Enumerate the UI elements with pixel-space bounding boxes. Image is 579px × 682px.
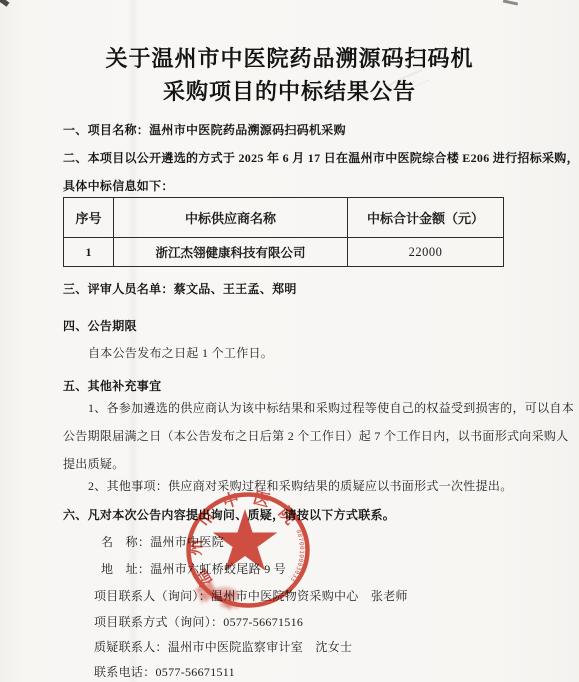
table-header-supplier: 中标供应商名称 (113, 198, 347, 237)
contact-challenge-person: 质疑联系人：温州市中医院监察审计室 沈女士 (94, 638, 352, 655)
section-5-para1-line3: 提出质疑。 (63, 455, 125, 472)
table-row: 1 浙江杰翎健康科技有限公司 22000 (64, 238, 503, 266)
section-4-heading: 四、公告期限 (63, 317, 137, 334)
seal-registration-digits: 8870010003033 (289, 529, 305, 583)
section-5-para2: 2、其他事项：供应商对采购过程和采购结果的质疑应以书面形式一次性提出。 (88, 477, 513, 494)
page-title-line1: 关于温州市中医院药品溯源码扫码机 (0, 42, 579, 75)
contact-address-line: 地 址：温州市六虹桥蛟尾路 9 号 (101, 560, 286, 577)
section-2-procedure-line1: 二、本项目以公开遴选的方式于 2025 年 6 月 17 日在温州市中医院综合楼… (63, 149, 579, 166)
section-1-project-name: 一、项目名称：温州市中医院药品溯源码扫码机采购 (63, 121, 346, 138)
section-4-text: 自本公告发布之日起 1 个工作日。 (88, 344, 273, 361)
table-cell-amount: 22000 (347, 238, 503, 266)
table-header-seq: 序号 (64, 198, 113, 237)
table-header-amount: 中标合计金额（元） (347, 198, 503, 237)
section-5-heading: 五、其他补充事宜 (63, 377, 161, 394)
scanned-announcement-page: 关于温州市中医院药品溯源码扫码机 采购项目的中标结果公告 一、项目名称：温州市中… (0, 0, 579, 682)
contact-project-phone: 项目联系方式（询问）：0577-56671516 (94, 613, 303, 630)
page-title-line2: 采购项目的中标结果公告 (0, 75, 579, 108)
section-5-para1-line2: 公告期限届满之日（本公告发布之日后第 2 个工作日）起 7 个工作日内，以书面形… (63, 427, 569, 444)
section-3-review-panel: 三、评审人员名单：蔡文品、王王孟、郑明 (63, 280, 297, 297)
contact-name-line: 名 称：温州市中医院 (101, 533, 224, 550)
contact-phone: 联系电话：0577-56671511 (94, 663, 235, 680)
contact-project-person: 项目联系人（询问）：温州市中医院物资采购中心 张老师 (94, 587, 408, 604)
table-header-row: 序号 中标供应商名称 中标合计金额（元） (64, 198, 503, 238)
section-2-procedure-line2: 具体中标信息如下： (63, 177, 174, 194)
winning-bid-table: 序号 中标供应商名称 中标合计金额（元） 1 浙江杰翎健康科技有限公司 2200… (63, 197, 504, 267)
scan-artifact-top-middle (503, 0, 518, 5)
page-title: 关于温州市中医院药品溯源码扫码机 采购项目的中标结果公告 (0, 42, 579, 108)
table-cell-supplier: 浙江杰翎健康科技有限公司 (113, 238, 347, 266)
scan-artifact-top-left (0, 0, 9, 7)
section-6-heading: 六、凡对本次公告内容提出询问、质疑，请按以下方式联系。 (63, 506, 395, 523)
table-cell-seq: 1 (64, 238, 113, 266)
section-5-para1-line1: 1、各参加遴选的供应商认为该中标结果和采购过程等使自己的权益受到损害的，可以自本 (88, 399, 574, 416)
